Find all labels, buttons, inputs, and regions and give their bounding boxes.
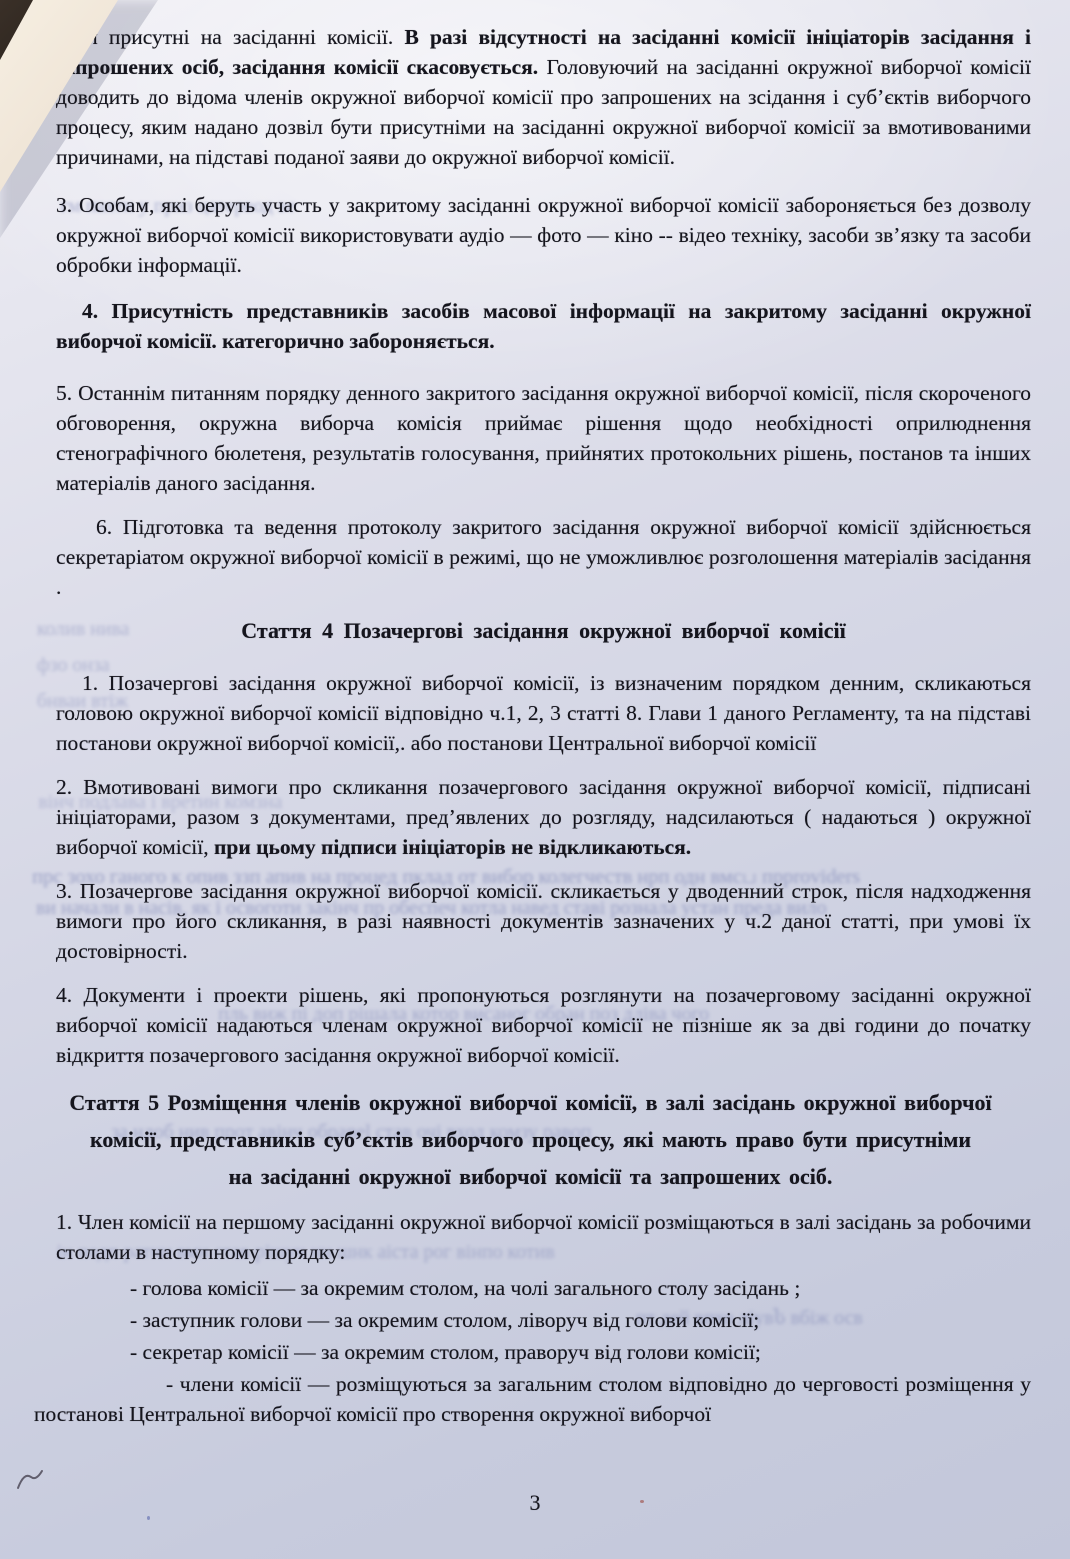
blue-speck [147,1516,150,1520]
paragraph-4-bold: 4. Присутність представників засобів мас… [56,296,1031,356]
article-4-heading: Стаття 4 Позачергові засідання окружної … [56,616,1031,646]
article-4-paragraph-3: 3. Позачергове засідання окружної виборч… [56,876,1031,966]
article-5-heading: Стаття 5 Розміщення членів окружної вибо… [10,1084,1051,1195]
article-5-heading-line: Стаття 5 Розміщення членів окружної вибо… [10,1084,1051,1121]
paragraph-5: 5. Останнім питанням порядку денного зак… [56,378,1031,498]
paragraph-3: 3. Особам, які беруть участь у закритому… [56,190,1031,280]
list-item-head-of-commission: - голова комісії — за окремим столом, на… [130,1273,1031,1303]
article-5-heading-line: комісії, представників суб’єктів виборчо… [10,1121,1051,1158]
article-5-heading-line: на засіданні окружної виборчої комісії т… [10,1158,1051,1195]
article-5-paragraph-1: 1. Член комісії на першому засіданні окр… [56,1207,1031,1267]
article-4-paragraph-4: 4. Документи і проекти рішень, які пропо… [56,980,1031,1070]
ink-mark [14,1462,54,1498]
list-item-members: - члени комісії — розміщуються за загаль… [34,1369,1031,1429]
page-number: 3 [0,1490,1070,1516]
list-item-deputy-head: - заступник голови — за окремим столом, … [130,1305,1031,1335]
list-item-secretary: - секретар комісії — за окремим столом, … [130,1337,1031,1367]
document-content: бути присутні на засіданні комісії. В ра… [0,0,1070,1429]
paragraph-6: 6. Підготовка та ведення протоколу закри… [56,512,1031,602]
paragraph-intro: бути присутні на засіданні комісії. В ра… [56,22,1031,172]
red-speck [640,1500,644,1503]
article-4-paragraph-2: 2. Вмотивовані вимоги про скликання поза… [56,772,1031,862]
scanned-document-page: гм паяти у приз цатервод ве колив нива ф… [0,0,1070,1559]
article-4-paragraph-1: 1. Позачергові засідання окружної виборч… [56,668,1031,758]
